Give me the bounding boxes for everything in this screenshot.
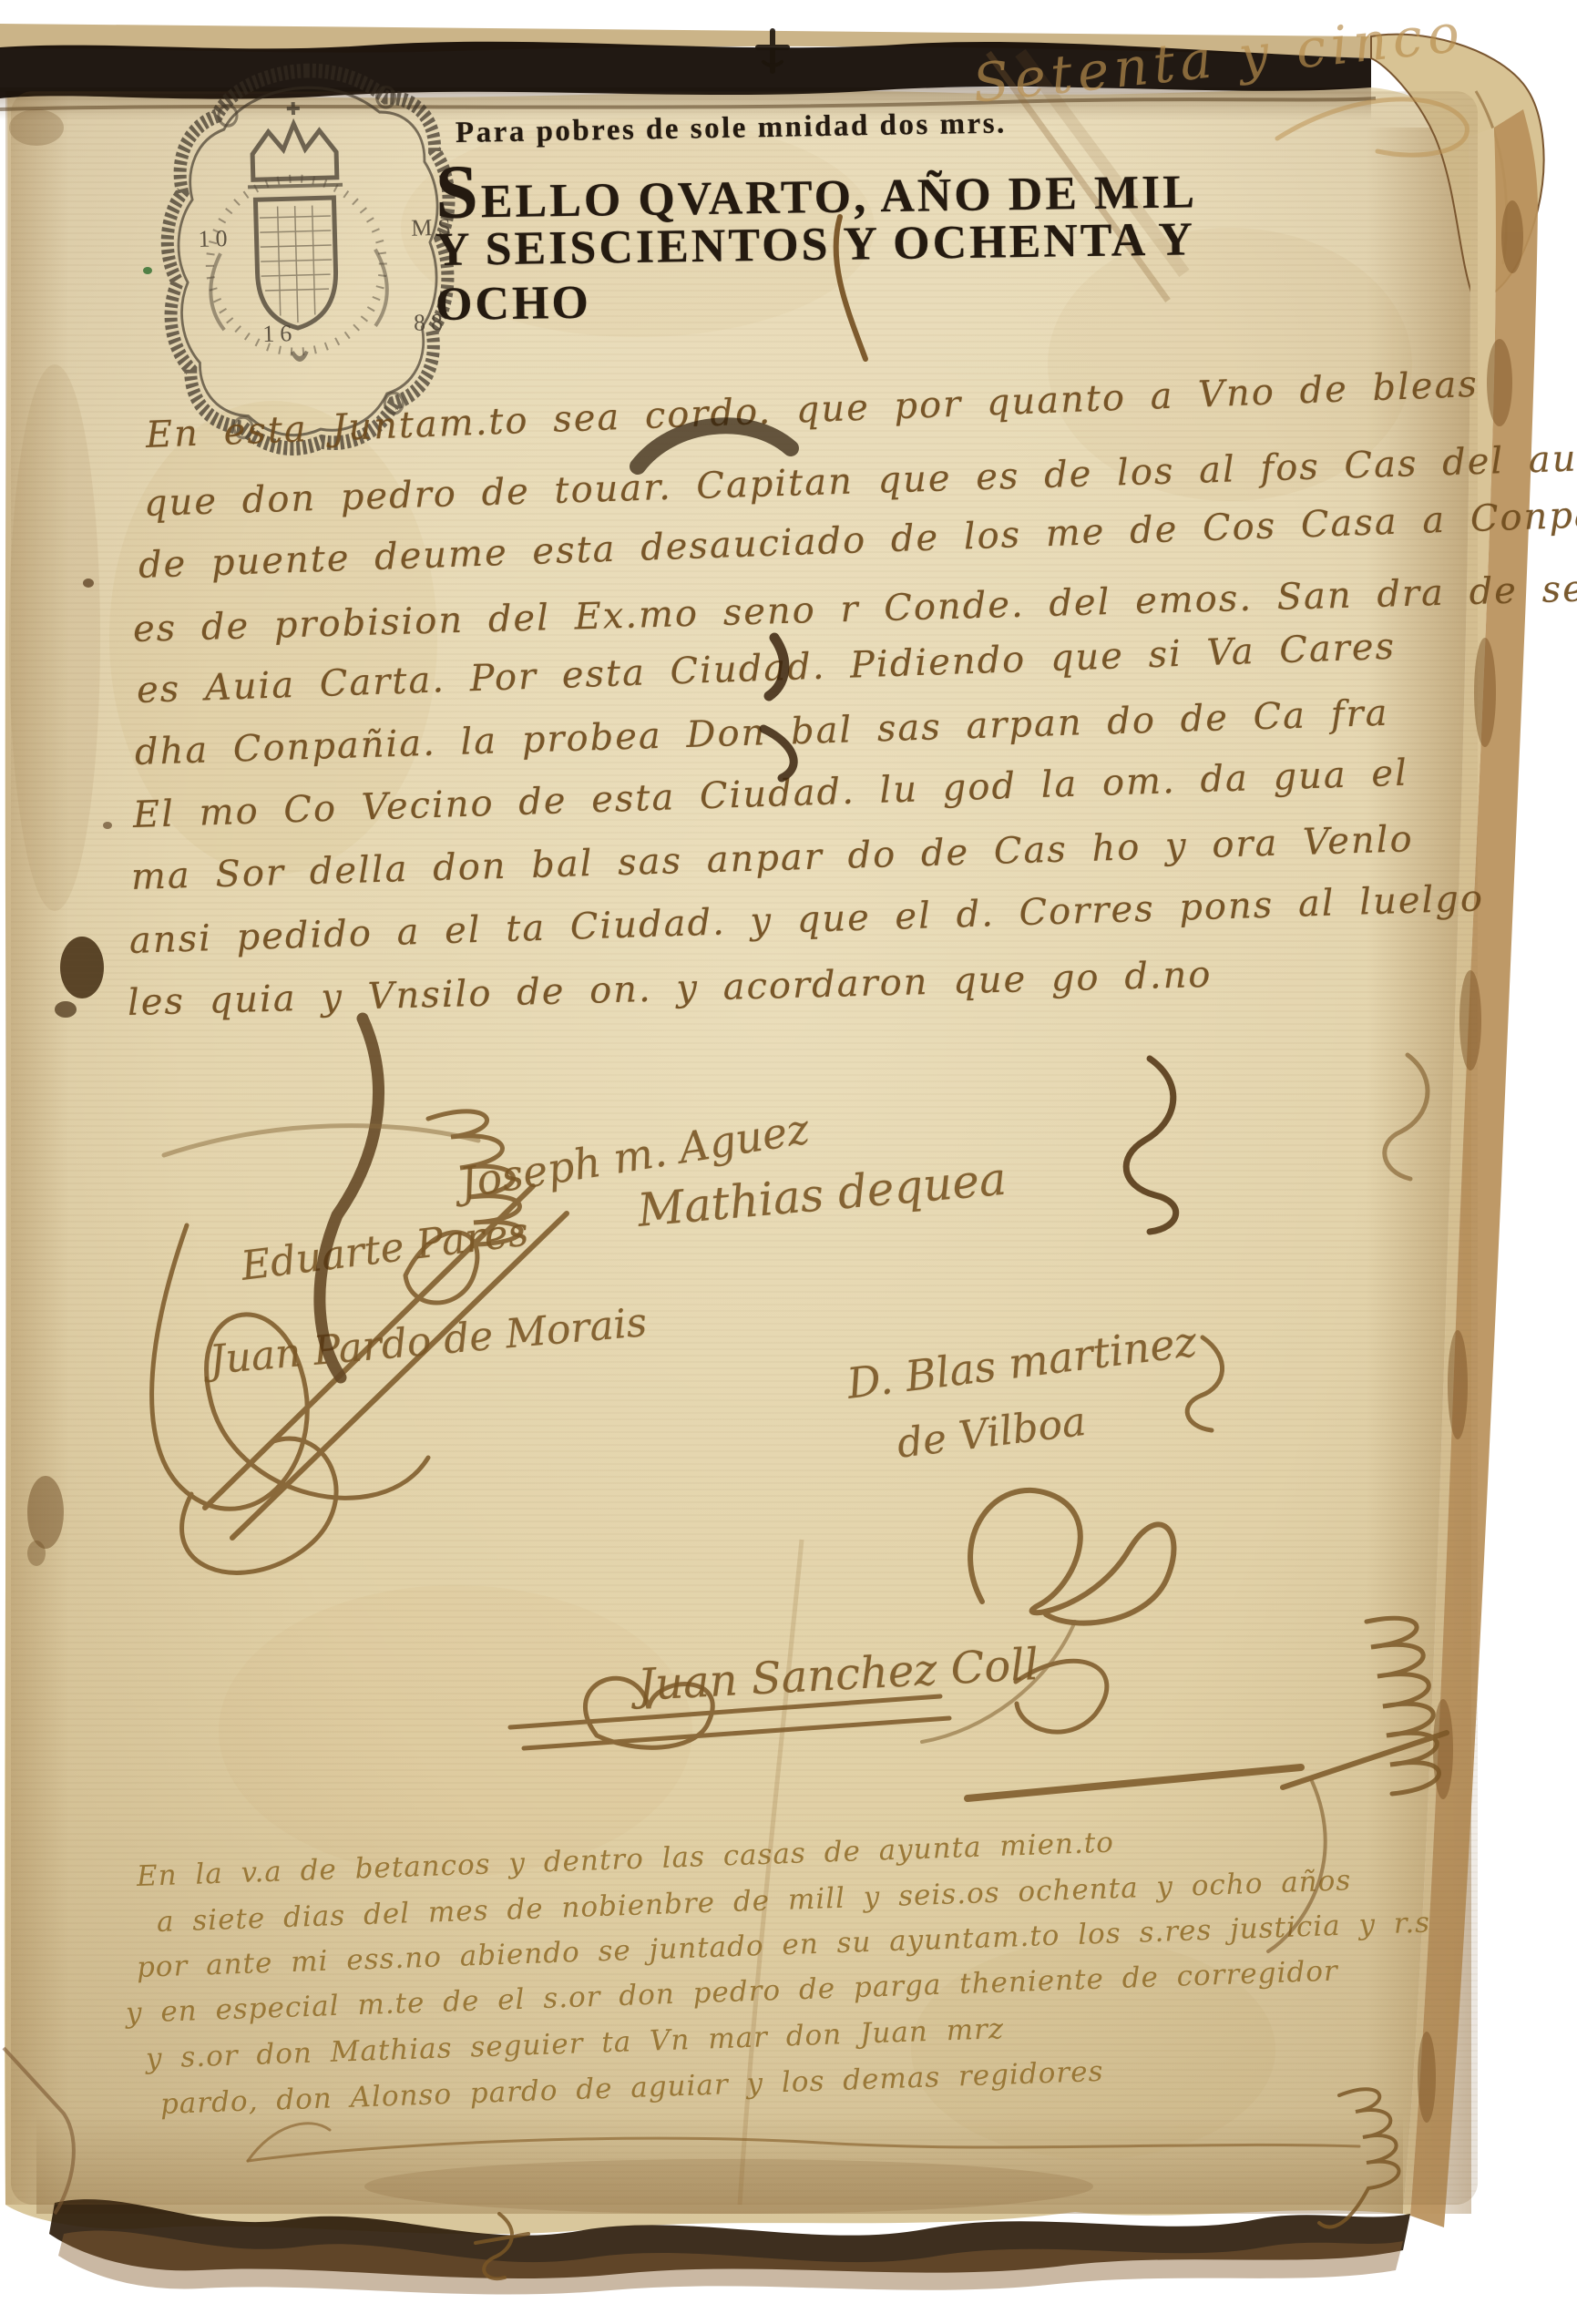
seal-title-line-3: OCHO: [435, 281, 592, 328]
printers-cross-ornament: [753, 26, 793, 78]
corner-annotation: Setenta y cinco: [969, 1, 1468, 114]
coil-slash: [1283, 1733, 1447, 1787]
bottom-center-mark-bar: [476, 2234, 528, 2243]
fleece-pendant: [292, 352, 307, 360]
bottom-right-coil: [1319, 2089, 1399, 2227]
crown-band: [248, 185, 343, 188]
charity-tax-line: Para pobres de sole mnidad dos mrs.: [456, 107, 1007, 150]
stamp-frame-inner: [175, 85, 444, 438]
monogram-flourish: [970, 1490, 1130, 1612]
stamp-graphic: 10 MS 16 88: [106, 46, 490, 462]
bottom-edge-shade: [36, 2114, 1403, 2214]
stamp-royal-arms: [206, 100, 389, 363]
corner-flap-crease: [1476, 91, 1507, 264]
crown: [251, 123, 337, 179]
closing-rule-tick: [248, 2124, 330, 2161]
signature: de Vilboa: [895, 1398, 1089, 1468]
rubric-bar: [968, 1767, 1301, 1798]
rubric-tangle: [182, 1438, 336, 1572]
shield-hatching: [260, 205, 333, 323]
corner-note-flourish: [1277, 99, 1467, 155]
stamp-year-left: 16: [262, 320, 298, 347]
bottom-center-mark: [484, 2214, 512, 2278]
left-edge-shade: [5, 91, 69, 2205]
corner-flap: [1371, 35, 1544, 301]
signature: Juan Pardo de Morais: [208, 1299, 649, 1384]
bottom-ragged-edge: [49, 2199, 1410, 2278]
bottom-ragged-fringe: [58, 2230, 1403, 2294]
right-edge-mottling: [1418, 200, 1523, 2123]
edge-coil: [1367, 1618, 1439, 1794]
closing-rule-line: [248, 2138, 1359, 2161]
stamp-left-numeral: 10: [198, 225, 233, 252]
signature: D. Blas martinez: [845, 1316, 1200, 1408]
signature-overline: [164, 1126, 478, 1155]
margin-curl: [1385, 1055, 1428, 1179]
crown-cross: [287, 102, 300, 115]
bottom-left-corner-crease: [4, 2048, 74, 2214]
fold-crease-vertical: [740, 1540, 802, 2205]
tax-seal-stamp: 10 MS 16 88: [106, 46, 490, 462]
manuscript-line: les quia y Vnsilo de on. y acordaron que…: [127, 954, 1213, 1024]
right-edge-shade: [1367, 128, 1471, 2214]
monogram-flourish: [1046, 1524, 1173, 1623]
signature: Eduarte Pares: [239, 1209, 531, 1290]
scanned-manuscript-page: 10 MS 16 88 Para pobres de sole mnidad d…: [0, 0, 1577, 2324]
rubric-paraph: [1126, 1059, 1176, 1232]
seal-title-line-2: Y SEISCIENTOS Y OCHENTA Y: [435, 217, 1196, 272]
signature: Juan Sanchez Coll: [637, 1639, 1040, 1711]
